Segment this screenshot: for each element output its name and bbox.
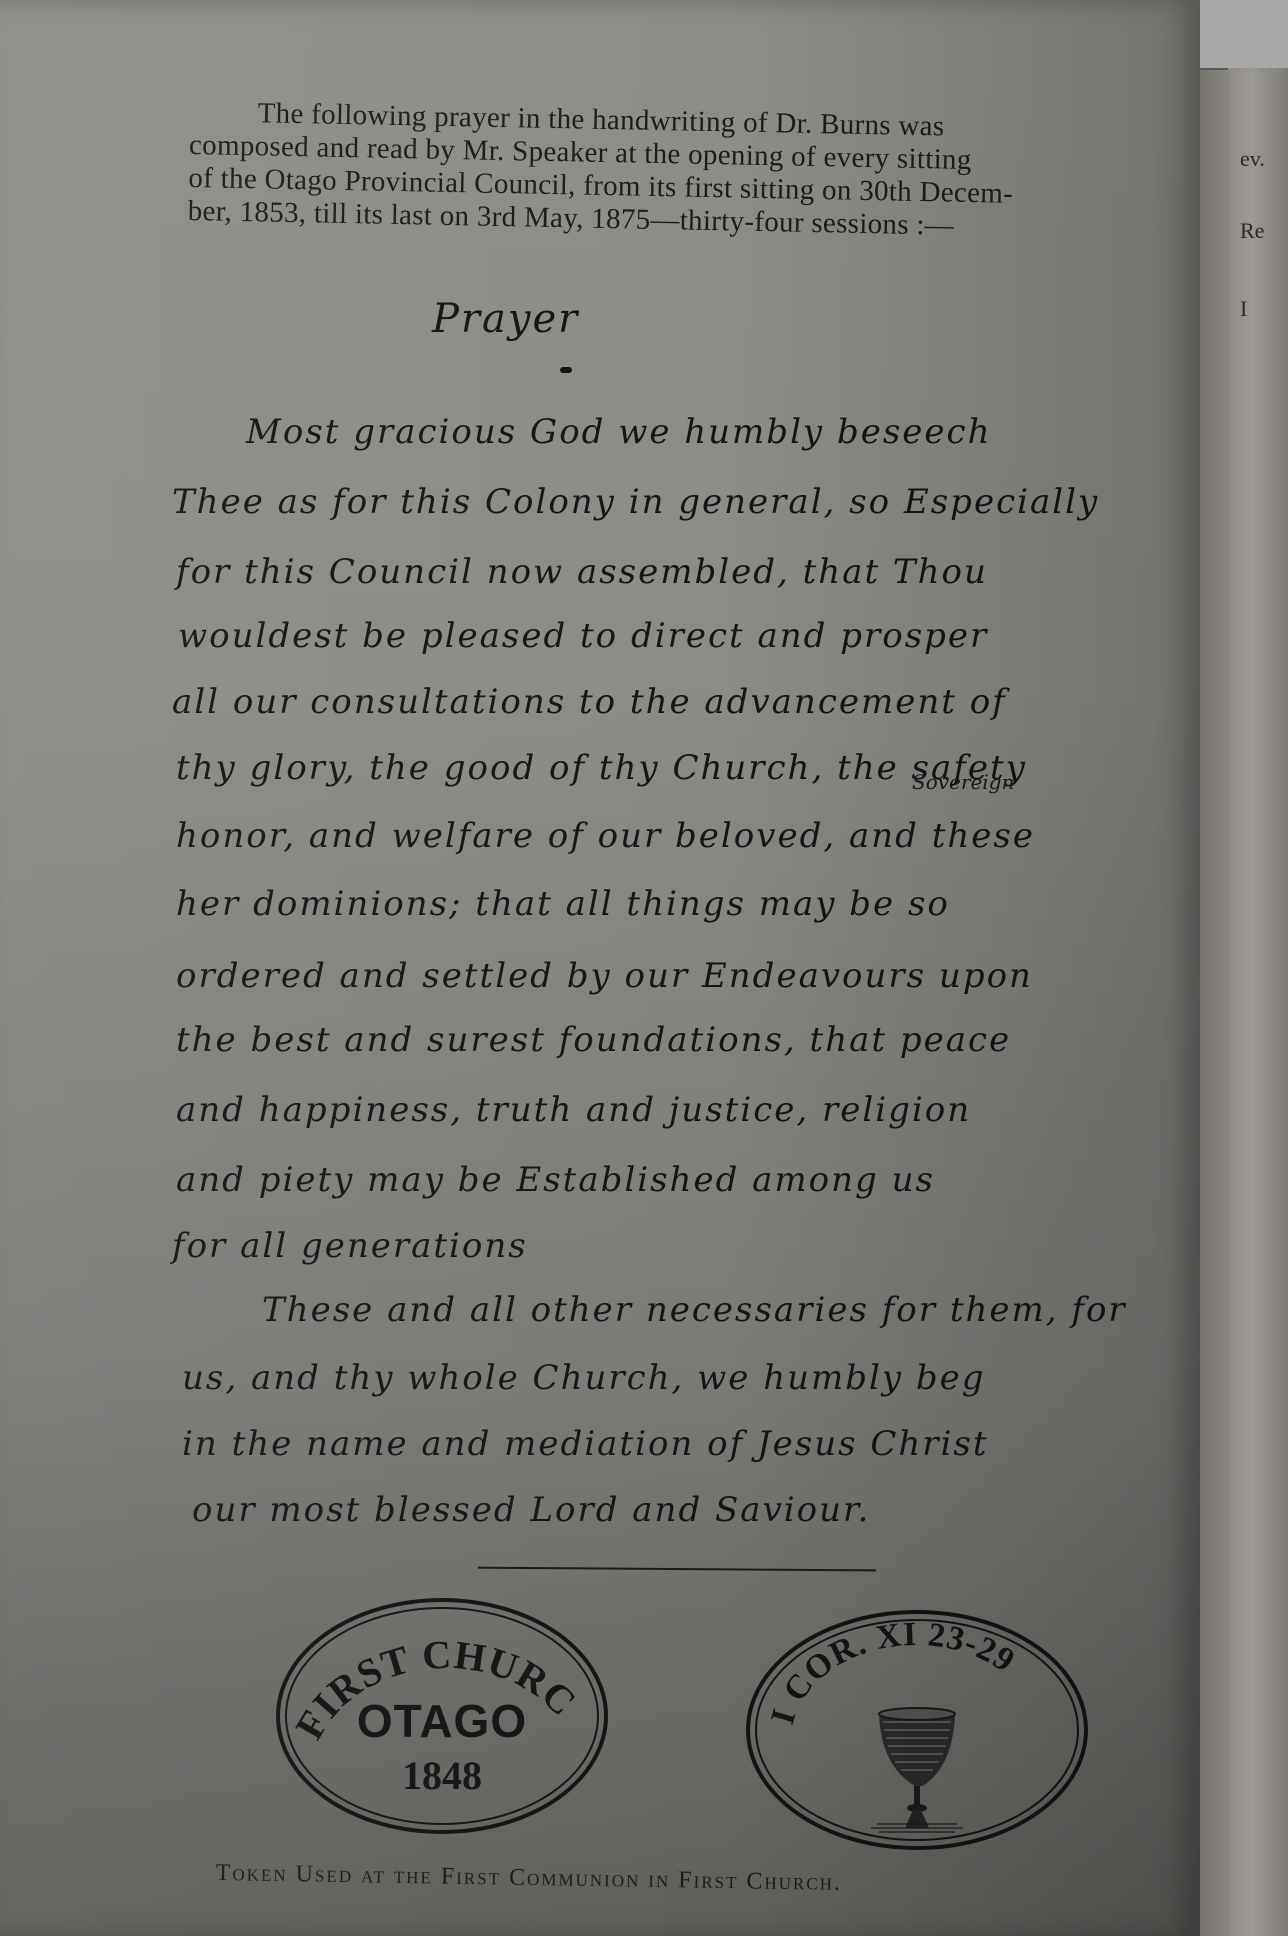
prayer-title: Prayer — [432, 296, 579, 342]
token-cor-xi: I COR. XI 23-29 — [746, 1610, 1088, 1850]
prayer-line: for this Council now assembled, that Tho… — [176, 552, 988, 592]
prayer-line: and piety may be Established among us — [176, 1160, 935, 1200]
prayer-line: thy glory, the good of thy Church, the s… — [176, 748, 1027, 788]
token-year: 1848 — [280, 1752, 604, 1799]
prayer-line: us, and thy whole Church, we humbly beg — [182, 1358, 986, 1398]
prayer-line: honor, and welfare of our beloved, and t… — [176, 816, 1035, 856]
adjacent-page-fragment: ev. — [1240, 146, 1265, 172]
token-arc-label: FIRST CHURCH — [276, 1598, 586, 1747]
token-first-church: FIRST CHURCH OTAGO 1848 — [276, 1598, 608, 1834]
prayer-line: Most gracious God we humbly beseech — [246, 412, 991, 452]
token-arc-label: I COR. XI 23-29 — [764, 1616, 1021, 1729]
background-surface — [1200, 0, 1288, 68]
prayer-line: her dominions; that all things may be so — [176, 884, 950, 924]
divider-rule — [478, 1567, 876, 1572]
prayer-line: Thee as for this Colony in general, so E… — [172, 482, 1099, 522]
prayer-line: for all generations — [172, 1226, 528, 1266]
intro-paragraph: The following prayer in the handwriting … — [187, 96, 1189, 247]
prayer-line: ordered and settled by our Endeavours up… — [176, 956, 1033, 996]
chalice-icon — [857, 1706, 977, 1836]
page-edge-fold — [1198, 70, 1230, 1936]
prayer-line: all our consultations to the advancement… — [172, 682, 1007, 722]
title-dash — [560, 367, 572, 373]
prayer-line: the best and surest foundations, that pe… — [176, 1020, 1011, 1060]
prayer-line: our most blessed Lord and Saviour. — [192, 1490, 870, 1530]
adjacent-page-fragment: I — [1240, 296, 1247, 322]
token-caption: Token Used at the First Communion in Fir… — [216, 1860, 1136, 1901]
book-page: The following prayer in the handwriting … — [0, 0, 1200, 1936]
interlinear-insertion: Sovereign — [912, 770, 1014, 794]
prayer-line: and happiness, truth and justice, religi… — [176, 1090, 971, 1130]
adjacent-page-fragment: Re — [1240, 218, 1264, 244]
prayer-line: in the name and mediation of Jesus Chris… — [182, 1424, 989, 1464]
adjacent-page — [1228, 68, 1288, 1936]
svg-text:FIRST CHURCH: FIRST CHURCH — [276, 1598, 586, 1747]
token-arc-text: I COR. XI 23-29 — [746, 1610, 1080, 1842]
prayer-line: wouldest be pleased to direct and prospe… — [178, 616, 988, 656]
svg-text:I COR. XI 23-29: I COR. XI 23-29 — [764, 1616, 1021, 1729]
token-center-label: OTAGO — [280, 1694, 604, 1748]
prayer-line: These and all other necessaries for them… — [262, 1290, 1127, 1330]
